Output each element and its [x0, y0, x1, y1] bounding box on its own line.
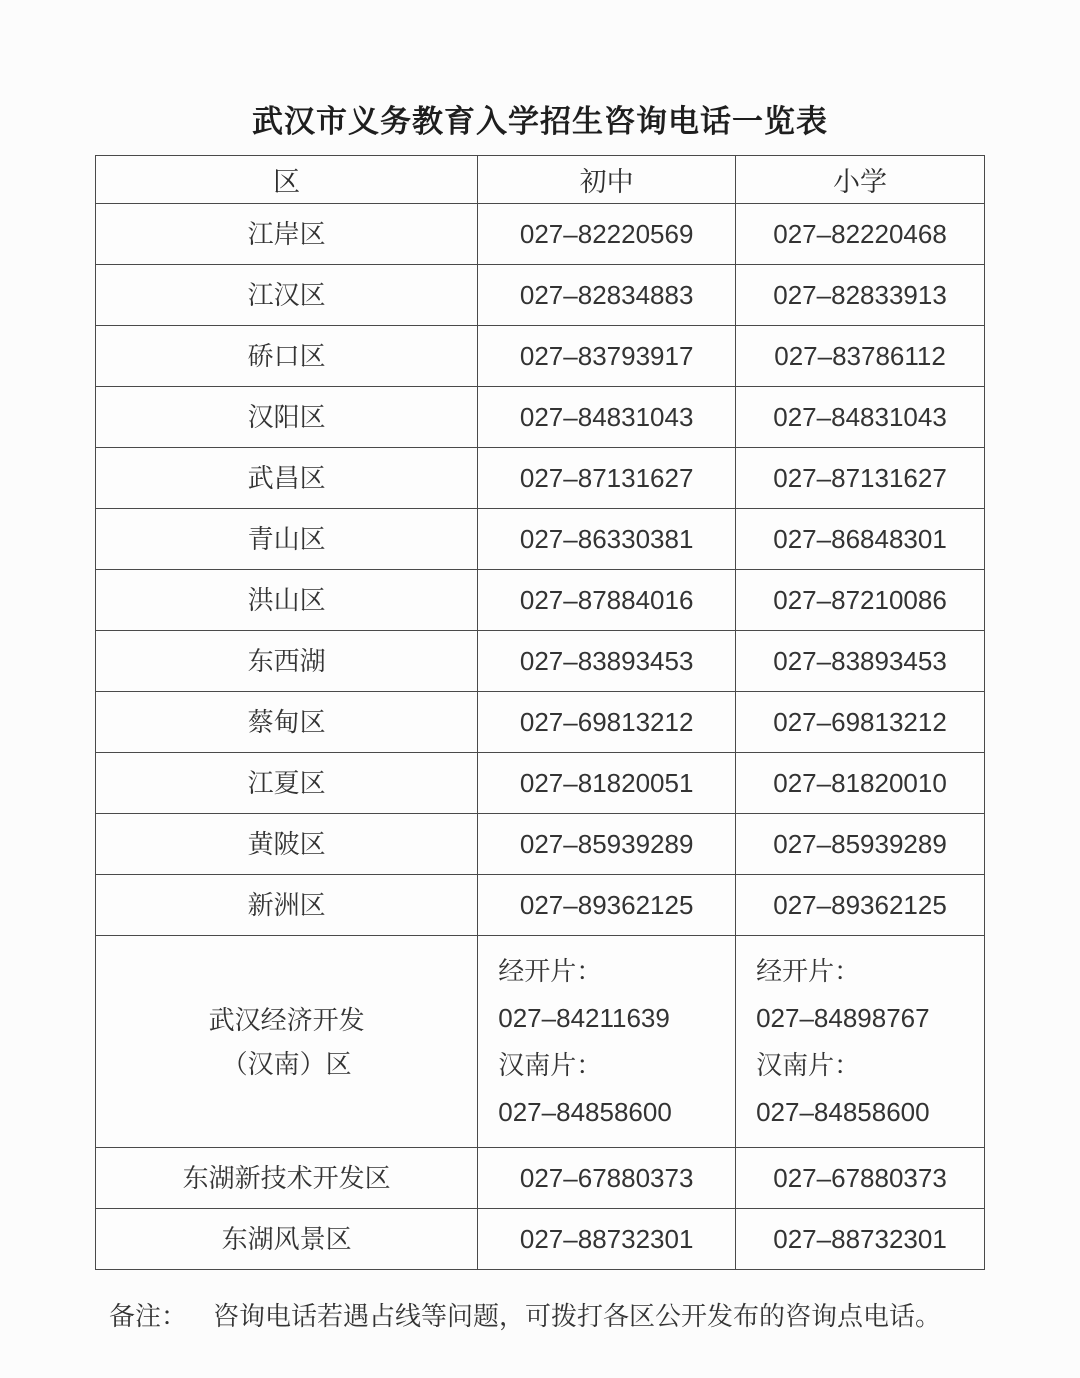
primary-school-phone-cell: 027–85939289 — [736, 814, 985, 875]
middle-school-phone-cell: 027–89362125 — [478, 875, 736, 936]
phone-number: 027–88732301 — [737, 1223, 983, 1256]
district-name: 黄陂区 — [97, 828, 476, 861]
district-cell: 汉阳区 — [96, 387, 478, 448]
phone-number: 027–82833913 — [737, 279, 983, 312]
primary-school-phone-cell: 027–87131627 — [736, 448, 985, 509]
table-row: 新洲区027–89362125027–89362125 — [96, 875, 985, 936]
middle-school-phone-cell: 027–81820051 — [478, 753, 736, 814]
phone-number: 027–82220468 — [737, 218, 983, 251]
table-row: 江汉区027–82834883027–82833913 — [96, 265, 985, 326]
phone-number: 027–67880373 — [737, 1162, 983, 1195]
table-row: 硚口区027–83793917027–83786112 — [96, 326, 985, 387]
district-cell: 江夏区 — [96, 753, 478, 814]
table-row: 武昌区027–87131627027–87131627 — [96, 448, 985, 509]
district-cell: 东湖新技术开发区 — [96, 1148, 478, 1209]
footnote: 备注： 咨询电话若遇占线等问题，可拨打各区公开发布的咨询点电话。 — [95, 1296, 985, 1333]
middle-school-phone-cell: 027–87884016 — [478, 570, 736, 631]
phone-number: 027–89362125 — [737, 889, 983, 922]
phone-number: 027–84858600 — [756, 1089, 983, 1136]
district-name: （汉南）区 — [97, 1042, 476, 1086]
phone-number: 027–84211639 — [498, 995, 734, 1042]
middle-school-phone-cell: 027–85939289 — [478, 814, 736, 875]
primary-school-phone-cell: 027–82220468 — [736, 204, 985, 265]
middle-school-phone-cell: 027–67880373 — [478, 1148, 736, 1209]
footnote-label: 备注： — [109, 1296, 187, 1333]
phone-number: 经开片： — [756, 948, 983, 995]
district-name: 东西湖 — [97, 645, 476, 678]
phone-number: 027–69813212 — [479, 706, 734, 739]
middle-school-phone-cell: 027–82834883 — [478, 265, 736, 326]
primary-school-phone-cell: 027–83893453 — [736, 631, 985, 692]
district-name: 新洲区 — [97, 889, 476, 922]
district-name: 东湖新技术开发区 — [97, 1162, 476, 1195]
header-middle-school: 初中 — [478, 156, 736, 204]
district-cell: 武昌区 — [96, 448, 478, 509]
district-cell: 新洲区 — [96, 875, 478, 936]
table-body: 江岸区027–82220569027–82220468江汉区027–828348… — [96, 204, 985, 1270]
district-name: 硚口区 — [97, 340, 476, 373]
primary-school-phone-cell: 027–89362125 — [736, 875, 985, 936]
phone-number: 027–81820010 — [737, 767, 983, 800]
phone-number: 027–83893453 — [479, 645, 734, 678]
district-name: 东湖风景区 — [97, 1223, 476, 1256]
phone-number: 027–83893453 — [737, 645, 983, 678]
phone-number: 汉南片： — [498, 1042, 734, 1089]
document-page: 武汉市义务教育入学招生咨询电话一览表 区 初中 小学 江岸区027–822205… — [0, 0, 1080, 1378]
district-name: 洪山区 — [97, 584, 476, 617]
phone-number: 027–87131627 — [479, 462, 734, 495]
middle-school-phone-cell: 经开片：027–84211639汉南片：027–84858600 — [478, 936, 736, 1148]
phone-number: 027–82834883 — [479, 279, 734, 312]
table-row: 东湖风景区027–88732301027–88732301 — [96, 1209, 985, 1270]
table-row: 蔡甸区027–69813212027–69813212 — [96, 692, 985, 753]
phone-number: 027–88732301 — [479, 1223, 734, 1256]
header-district: 区 — [96, 156, 478, 204]
table-row: 东湖新技术开发区027–67880373027–67880373 — [96, 1148, 985, 1209]
phone-number: 027–86848301 — [737, 523, 983, 556]
primary-school-phone-cell: 027–83786112 — [736, 326, 985, 387]
phone-number: 027–81820051 — [479, 767, 734, 800]
middle-school-phone-cell: 027–83893453 — [478, 631, 736, 692]
table-row: 武汉经济开发（汉南）区经开片：027–84211639汉南片：027–84858… — [96, 936, 985, 1148]
middle-school-phone-cell: 027–82220569 — [478, 204, 736, 265]
header-primary-school: 小学 — [736, 156, 985, 204]
district-name: 江夏区 — [97, 767, 476, 800]
district-cell: 黄陂区 — [96, 814, 478, 875]
district-cell: 江汉区 — [96, 265, 478, 326]
district-cell: 硚口区 — [96, 326, 478, 387]
phone-number: 027–87131627 — [737, 462, 983, 495]
primary-school-phone-cell: 027–81820010 — [736, 753, 985, 814]
primary-school-phone-cell: 027–82833913 — [736, 265, 985, 326]
phone-number: 027–84831043 — [479, 401, 734, 434]
phone-directory-table: 区 初中 小学 江岸区027–82220569027–82220468江汉区02… — [95, 155, 985, 1270]
primary-school-phone-cell: 027–84831043 — [736, 387, 985, 448]
table-row: 东西湖027–83893453027–83893453 — [96, 631, 985, 692]
district-cell: 蔡甸区 — [96, 692, 478, 753]
phone-number: 汉南片： — [756, 1042, 983, 1089]
phone-number: 027–84831043 — [737, 401, 983, 434]
district-name: 江汉区 — [97, 279, 476, 312]
header-row: 区 初中 小学 — [96, 156, 985, 204]
table-row: 青山区027–86330381027–86848301 — [96, 509, 985, 570]
district-cell: 东西湖 — [96, 631, 478, 692]
district-name: 江岸区 — [97, 218, 476, 251]
phone-number: 027–89362125 — [479, 889, 734, 922]
middle-school-phone-cell: 027–83793917 — [478, 326, 736, 387]
middle-school-phone-cell: 027–88732301 — [478, 1209, 736, 1270]
district-name: 青山区 — [97, 523, 476, 556]
table-row: 江岸区027–82220569027–82220468 — [96, 204, 985, 265]
phone-number: 027–84898767 — [756, 995, 983, 1042]
phone-number: 027–69813212 — [737, 706, 983, 739]
phone-number: 经开片： — [498, 948, 734, 995]
middle-school-phone-cell: 027–69813212 — [478, 692, 736, 753]
phone-number: 027–84858600 — [498, 1089, 734, 1136]
middle-school-phone-cell: 027–84831043 — [478, 387, 736, 448]
district-cell: 东湖风景区 — [96, 1209, 478, 1270]
table-header: 区 初中 小学 — [96, 156, 985, 204]
primary-school-phone-cell: 027–87210086 — [736, 570, 985, 631]
district-name: 武昌区 — [97, 462, 476, 495]
page-title: 武汉市义务教育入学招生咨询电话一览表 — [95, 0, 985, 140]
phone-number: 027–83793917 — [479, 340, 734, 373]
district-cell: 江岸区 — [96, 204, 478, 265]
table-row: 江夏区027–81820051027–81820010 — [96, 753, 985, 814]
middle-school-phone-cell: 027–86330381 — [478, 509, 736, 570]
phone-number: 027–67880373 — [479, 1162, 734, 1195]
phone-number: 027–85939289 — [479, 828, 734, 861]
district-name: 武汉经济开发 — [97, 998, 476, 1042]
district-cell: 武汉经济开发（汉南）区 — [96, 936, 478, 1148]
table-row: 洪山区027–87884016027–87210086 — [96, 570, 985, 631]
primary-school-phone-cell: 027–86848301 — [736, 509, 985, 570]
phone-number: 027–86330381 — [479, 523, 734, 556]
phone-number: 027–82220569 — [479, 218, 734, 251]
footnote-text: 咨询电话若遇占线等问题，可拨打各区公开发布的咨询点电话。 — [213, 1296, 941, 1333]
district-cell: 洪山区 — [96, 570, 478, 631]
phone-number: 027–83786112 — [737, 340, 983, 373]
table-row: 汉阳区027–84831043027–84831043 — [96, 387, 985, 448]
primary-school-phone-cell: 027–67880373 — [736, 1148, 985, 1209]
primary-school-phone-cell: 027–69813212 — [736, 692, 985, 753]
primary-school-phone-cell: 经开片：027–84898767汉南片：027–84858600 — [736, 936, 985, 1148]
phone-number: 027–87210086 — [737, 584, 983, 617]
district-name: 汉阳区 — [97, 401, 476, 434]
district-cell: 青山区 — [96, 509, 478, 570]
phone-number: 027–87884016 — [479, 584, 734, 617]
middle-school-phone-cell: 027–87131627 — [478, 448, 736, 509]
primary-school-phone-cell: 027–88732301 — [736, 1209, 985, 1270]
table-row: 黄陂区027–85939289027–85939289 — [96, 814, 985, 875]
district-name: 蔡甸区 — [97, 706, 476, 739]
phone-number: 027–85939289 — [737, 828, 983, 861]
